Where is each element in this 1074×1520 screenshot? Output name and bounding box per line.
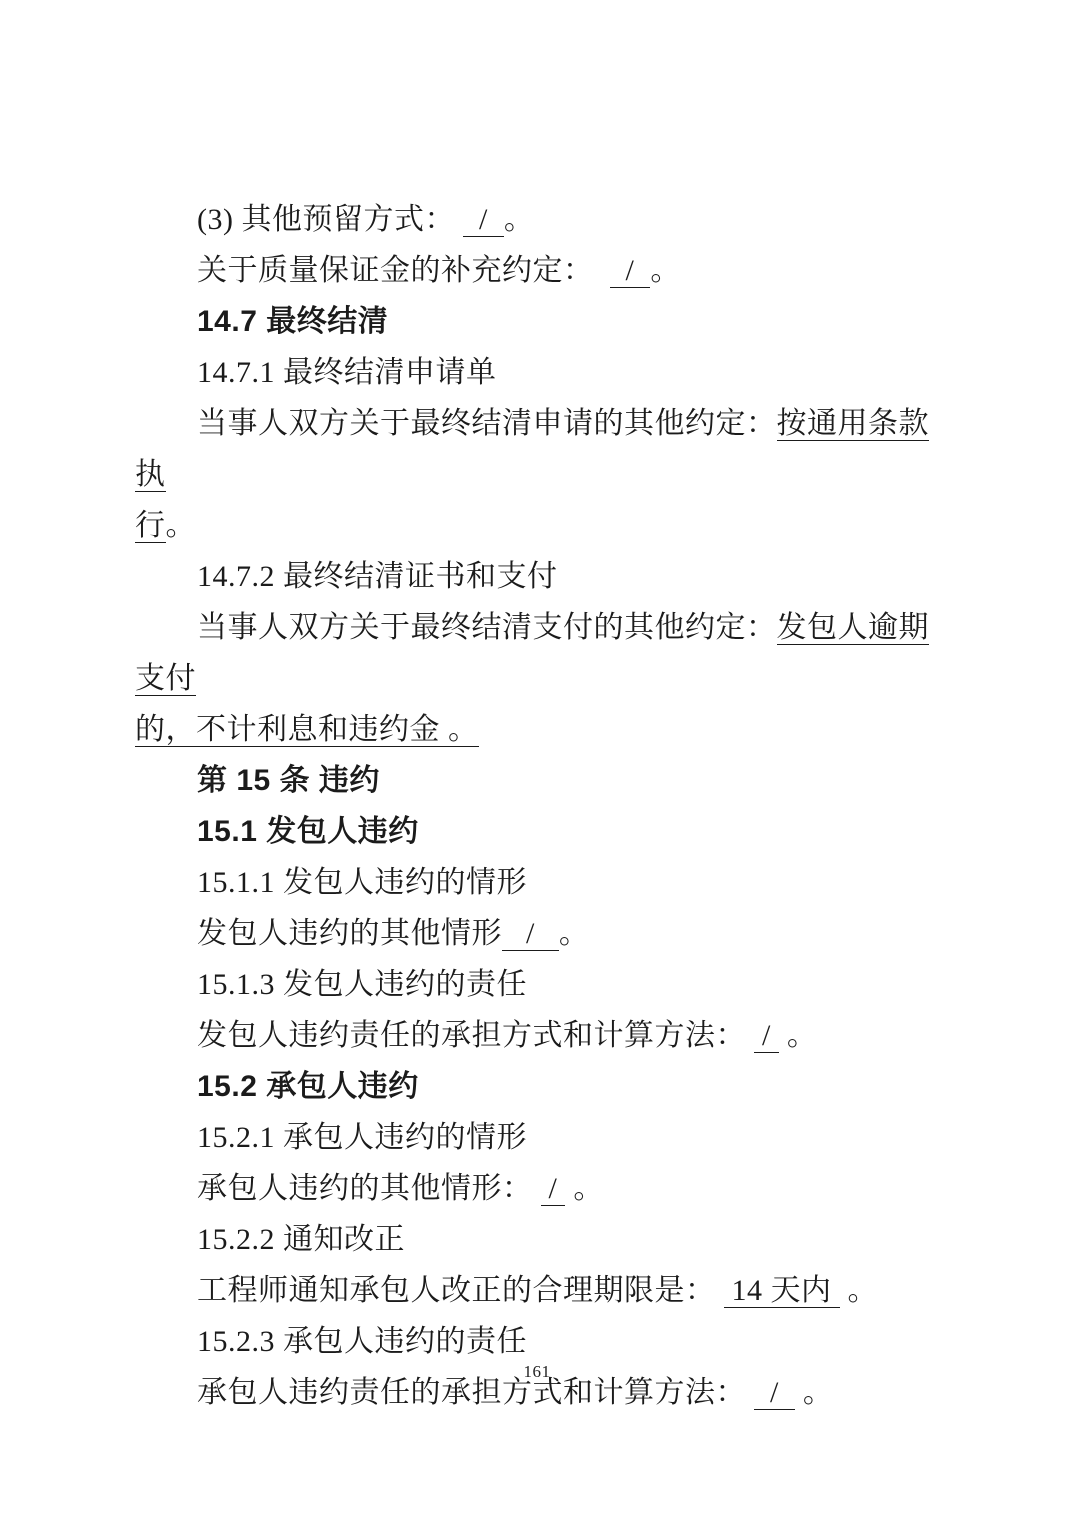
clause-text: 当事人双方关于最终结清申请的其他约定： <box>197 407 777 440</box>
clause-text: 当事人双方关于最终结清支付的其他约定： <box>197 611 777 644</box>
clause-text: 承包人违约的其他情形： <box>197 1172 541 1205</box>
contract-body: (3) 其他预留方式： / 。 关于质量保证金的补充约定： / 。 14.7 最… <box>135 194 950 1418</box>
heading-text: 15.1 发包人违约 <box>197 815 419 848</box>
filled-field: 14 天内 <box>724 1274 840 1308</box>
heading-text: 15.2.3 承包人违约的责任 <box>197 1325 527 1358</box>
clause-contractor-breach-other-situations: 承包人违约的其他情形： / 。 <box>135 1163 950 1214</box>
clause-other-retention-method: (3) 其他预留方式： / 。 <box>135 194 950 245</box>
blank-field: / <box>754 1019 779 1053</box>
clause-text: (3) 其他预留方式： <box>197 203 463 236</box>
heading-text: 14.7.1 最终结清申请单 <box>197 356 497 389</box>
blank-field: / <box>502 917 559 951</box>
clause-text: 。 <box>504 203 535 236</box>
clause-text: 。 <box>650 254 681 287</box>
heading-15-1-1-employer-breach-situations: 15.1.1 发包人违约的情形 <box>135 857 950 908</box>
clause-text: 发包人违约的其他情形 <box>197 917 502 950</box>
clause-employer-breach-liability-method: 发包人违约责任的承担方式和计算方法： / 。 <box>135 1010 950 1061</box>
heading-text: 第 15 条 违约 <box>197 764 380 797</box>
blank-field: / <box>610 254 651 288</box>
heading-15-2-2-notice-to-rectify: 15.2.2 通知改正 <box>135 1214 950 1265</box>
heading-15-1-3-employer-breach-liability: 15.1.3 发包人违约的责任 <box>135 959 950 1010</box>
filled-field: 的，不计利息和违约金 。 <box>135 713 479 747</box>
clause-text: 。 <box>166 509 197 542</box>
heading-text: 15.2 承包人违约 <box>197 1070 419 1103</box>
clause-employer-breach-other-situations: 发包人违约的其他情形 / 。 <box>135 908 950 959</box>
clause-text: 工程师通知承包人改正的合理期限是： <box>197 1274 724 1307</box>
clause-text: 关于质量保证金的补充约定： <box>197 254 610 287</box>
document-page: (3) 其他预留方式： / 。 关于质量保证金的补充约定： / 。 14.7 最… <box>0 0 1074 1520</box>
clause-text: 。 <box>565 1172 604 1205</box>
blank-field: / <box>463 203 504 237</box>
heading-14-7-1-application-form: 14.7.1 最终结清申请单 <box>135 347 950 398</box>
clause-quality-deposit-supplement: 关于质量保证金的补充约定： / 。 <box>135 245 950 296</box>
page-number: 161 <box>0 1362 1074 1382</box>
heading-15-2-1-contractor-breach-situations: 15.2.1 承包人违约的情形 <box>135 1112 950 1163</box>
heading-article-15-breach: 第 15 条 违约 <box>135 755 950 806</box>
heading-text: 15.1.3 发包人违约的责任 <box>197 968 527 1001</box>
heading-15-1-employer-breach: 15.1 发包人违约 <box>135 806 950 857</box>
blank-field: / <box>541 1172 566 1206</box>
clause-final-settlement-payment: 当事人双方关于最终结清支付的其他约定：发包人逾期支付的，不计利息和违约金 。 <box>135 602 950 755</box>
clause-text: 发包人违约责任的承担方式和计算方法： <box>197 1019 754 1052</box>
heading-text: 15.2.2 通知改正 <box>197 1223 405 1256</box>
clause-text: 。 <box>559 917 590 950</box>
heading-14-7-2-certificate-payment: 14.7.2 最终结清证书和支付 <box>135 551 950 602</box>
clause-rectify-time-limit: 工程师通知承包人改正的合理期限是： 14 天内 。 <box>135 1265 950 1316</box>
heading-14-7-final-settlement: 14.7 最终结清 <box>135 296 950 347</box>
clause-text: 。 <box>840 1274 879 1307</box>
clause-text: 。 <box>779 1019 818 1052</box>
filled-field: 行 <box>135 509 166 543</box>
heading-15-2-contractor-breach: 15.2 承包人违约 <box>135 1061 950 1112</box>
heading-text: 15.1.1 发包人违约的情形 <box>197 866 527 899</box>
clause-final-settlement-application: 当事人双方关于最终结清申请的其他约定：按通用条款执行。 <box>135 398 950 551</box>
heading-15-2-3-contractor-breach-liability: 15.2.3 承包人违约的责任 <box>135 1316 950 1367</box>
heading-text: 15.2.1 承包人违约的情形 <box>197 1121 527 1154</box>
heading-text: 14.7 最终结清 <box>197 305 388 338</box>
heading-text: 14.7.2 最终结清证书和支付 <box>197 560 558 593</box>
